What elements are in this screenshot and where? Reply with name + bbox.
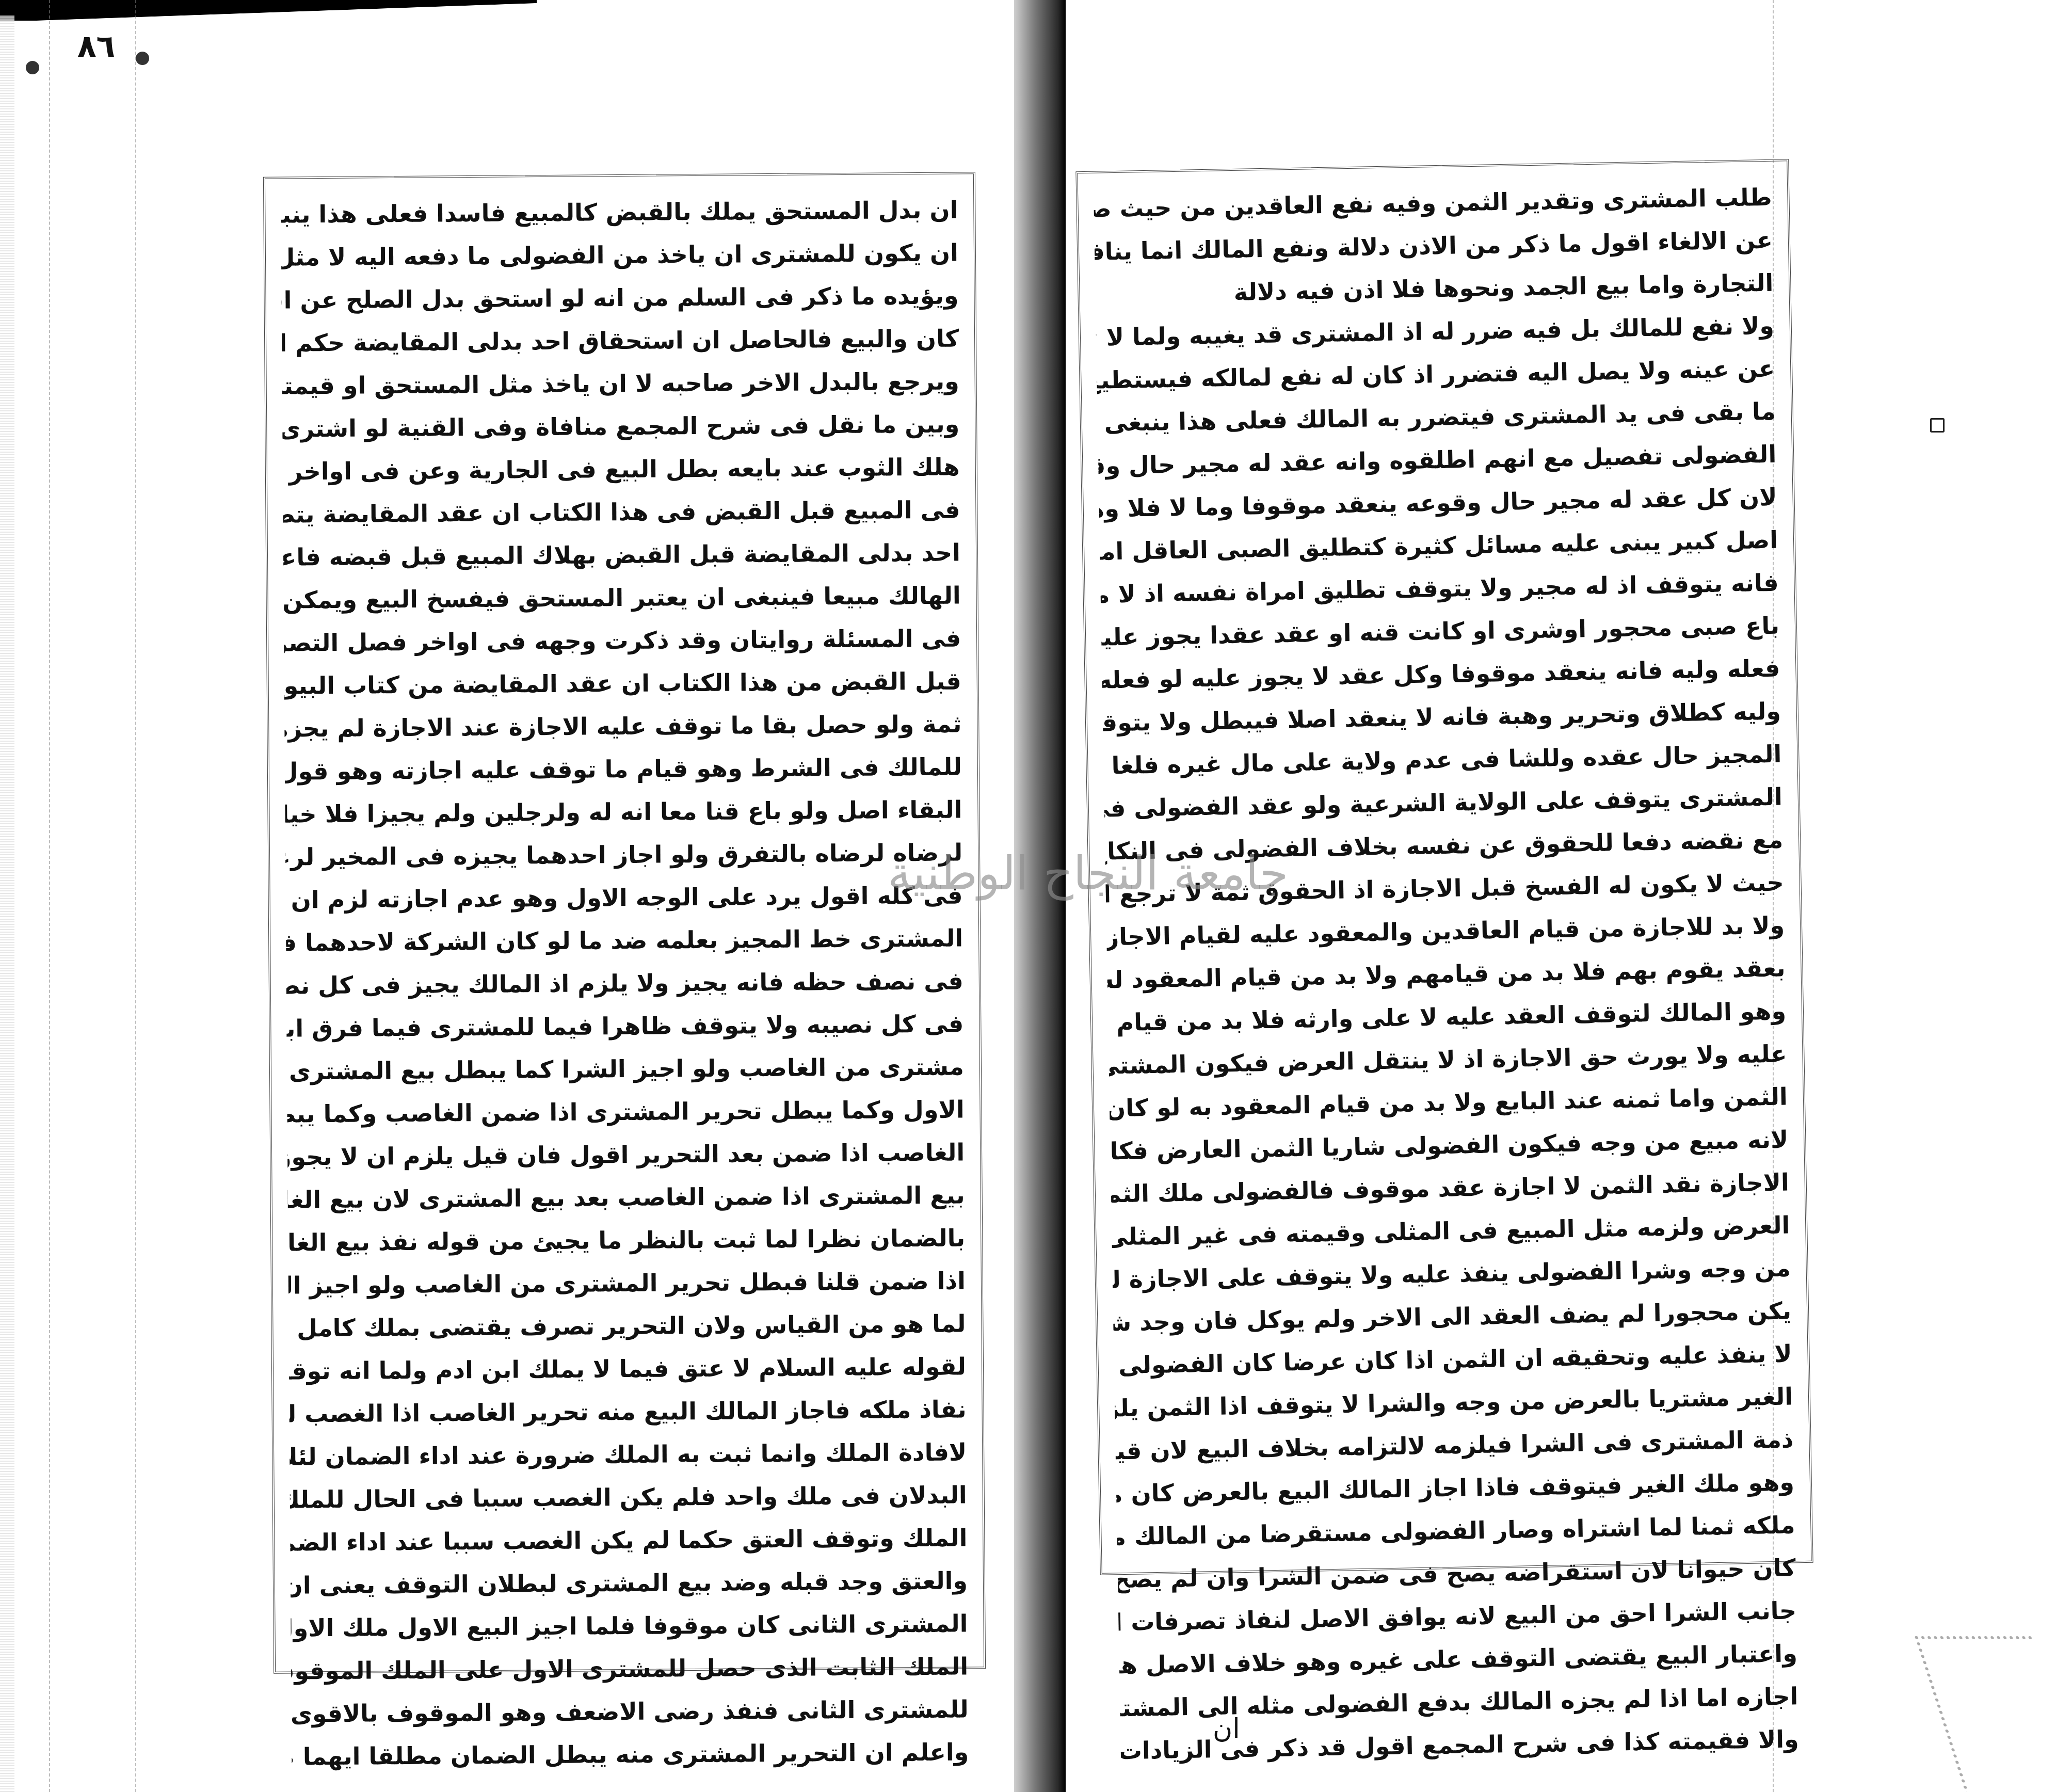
- manuscript-line: المشترى الثانى كان موقوفا فلما اجيز البي…: [291, 1602, 968, 1650]
- punch-hole-icon: [26, 61, 39, 74]
- manuscript-line: فى المبيع قبل القبض فى هذا الكتاب ان عقد…: [283, 488, 960, 536]
- manuscript-line: ان بدل المستحق يملك بالقبض كالمبيع فاسدا…: [281, 188, 958, 236]
- watermark: جامعة النجاح الوطنية: [888, 846, 1288, 901]
- manuscript-line: ثمة ولو حصل بقا ما توقف عليه الاجازة عند…: [284, 702, 962, 750]
- manuscript-line: قبل القبض من هذا الكتاب ان عقد المقايضة …: [284, 660, 961, 707]
- scan-left-edge: [0, 15, 14, 1792]
- manuscript-line: الغاصب اذا ضمن بعد التحرير اقول فان قيل …: [287, 1131, 965, 1178]
- fold-line: [135, 0, 137, 1792]
- manuscript-line: البقاء اصل ولو باع قنا معا انه له ولرجلي…: [285, 788, 962, 836]
- punch-hole-icon: [136, 52, 149, 65]
- manuscript-line: هلك الثوب عند بايعه بطل البيع فى الجارية…: [283, 445, 960, 493]
- manuscript-line: الملك وتوقف العتق حكما لم يكن الغصب سببا…: [290, 1516, 968, 1564]
- manuscript-line: فى نصف حظه فانه يجيز ولا يلزم اذ المالك …: [286, 959, 964, 1007]
- manuscript-line: ان يكون للمشترى ان ياخذ من الفضولى ما دف…: [281, 231, 959, 279]
- manuscript-line: فى كل نصيبه ولا يتوقف ظاهرا فيما للمشترى…: [286, 1002, 964, 1050]
- manuscript-line: لافادة الملك وانما ثبت به الملك ضرورة عن…: [290, 1431, 967, 1478]
- left-page-text-frame: ان بدل المستحق يملك بالقبض كالمبيع فاسدا…: [263, 172, 986, 1674]
- folio-mark: ان: [1213, 1714, 1240, 1745]
- manuscript-line: بيع المشترى اذا ضمن الغاصب بعد بيع المشت…: [287, 1174, 965, 1221]
- manuscript-line: المشترى خط المجيز بعلمه ضد ما لو كان الش…: [286, 917, 963, 964]
- manuscript-line: واعلم ان التحرير المشترى منه يبطل الضمان…: [292, 1731, 969, 1778]
- manuscript-line: ويؤيده ما ذكر فى السلم من انه لو استحق ب…: [281, 274, 959, 322]
- manuscript-line: كان والبيع فالحاصل ان استحقاق احد بدلى ا…: [282, 317, 959, 364]
- scan-top-shadow: [0, 0, 537, 21]
- page-number: ٨٦: [77, 28, 115, 65]
- manuscript-line: لما هو من القياس ولان التحرير تصرف يقتضى…: [288, 1302, 966, 1350]
- manuscript-line: اذا ضمن قلنا فبطل تحرير المشترى من الغاص…: [288, 1259, 966, 1307]
- manuscript-line: ويرجع بالبدل الاخر صاحبه لا ان ياخذ مثل …: [282, 360, 959, 407]
- manuscript-line: للمشترى الثانى فنفذ رضى الاضعف وهو الموق…: [291, 1688, 969, 1735]
- manuscript-line: احد بدلى المقايضة قبل القبض بهلاك المبيع…: [283, 531, 961, 579]
- manuscript-line: فى المسئلة روايتان وقد ذكرت وجهه فى اواخ…: [284, 617, 961, 664]
- manuscript-line: نفاذ ملكه فاجاز المالك البيع منه تحرير ا…: [289, 1388, 967, 1435]
- right-page-text: طلب المشترى وتقدير الثمن وفيه نفع العاقد…: [1094, 176, 1799, 1772]
- manuscript-line: الاول وكما يبطل تحرير المشترى اذا ضمن ال…: [287, 1088, 965, 1135]
- page-corner-fold: [1915, 1636, 2056, 1792]
- manuscript-line: والعتق وجد قبله وضد بيع المشترى لبطلان ا…: [291, 1559, 968, 1607]
- fold-line: [49, 0, 51, 1792]
- manuscript-line: لرضاه لرضاه بالتفرق ولو اجاز احدهما يجيز…: [285, 831, 963, 878]
- manuscript-line: الهالك مبيعا فينبغى ان يعتبر المستحق فيف…: [283, 574, 961, 621]
- manuscript-line: للمالك فى الشرط وهو قيام ما توقف عليه اج…: [285, 745, 962, 793]
- left-page-text: ان بدل المستحق يملك بالقبض كالمبيع فاسدا…: [281, 188, 969, 1778]
- manuscript-line: وبين ما نقل فى شرح المجمع منافاة وفى الق…: [282, 403, 960, 450]
- manuscript-line: الملك الثابت الذى حصل للمشترى الاول على …: [291, 1645, 969, 1692]
- manuscript-line: لقوله عليه السلام لا عتق فيما لا يملك اب…: [289, 1345, 967, 1393]
- manuscript-line: بالضمان نظرا لما ثبت بالنظر ما يجيئ من ق…: [288, 1217, 966, 1264]
- ink-blot: [1930, 418, 1945, 433]
- manuscript-line: البدلان فى ملك واحد فلم يكن الغصب سببا ف…: [290, 1474, 967, 1521]
- manuscript-line: مشترى من الغاصب ولو اجيز الشرا كما يبطل …: [287, 1045, 965, 1093]
- manuscript-line: فى كله اقول يرد على الوجه الاول وهو عدم …: [285, 874, 963, 921]
